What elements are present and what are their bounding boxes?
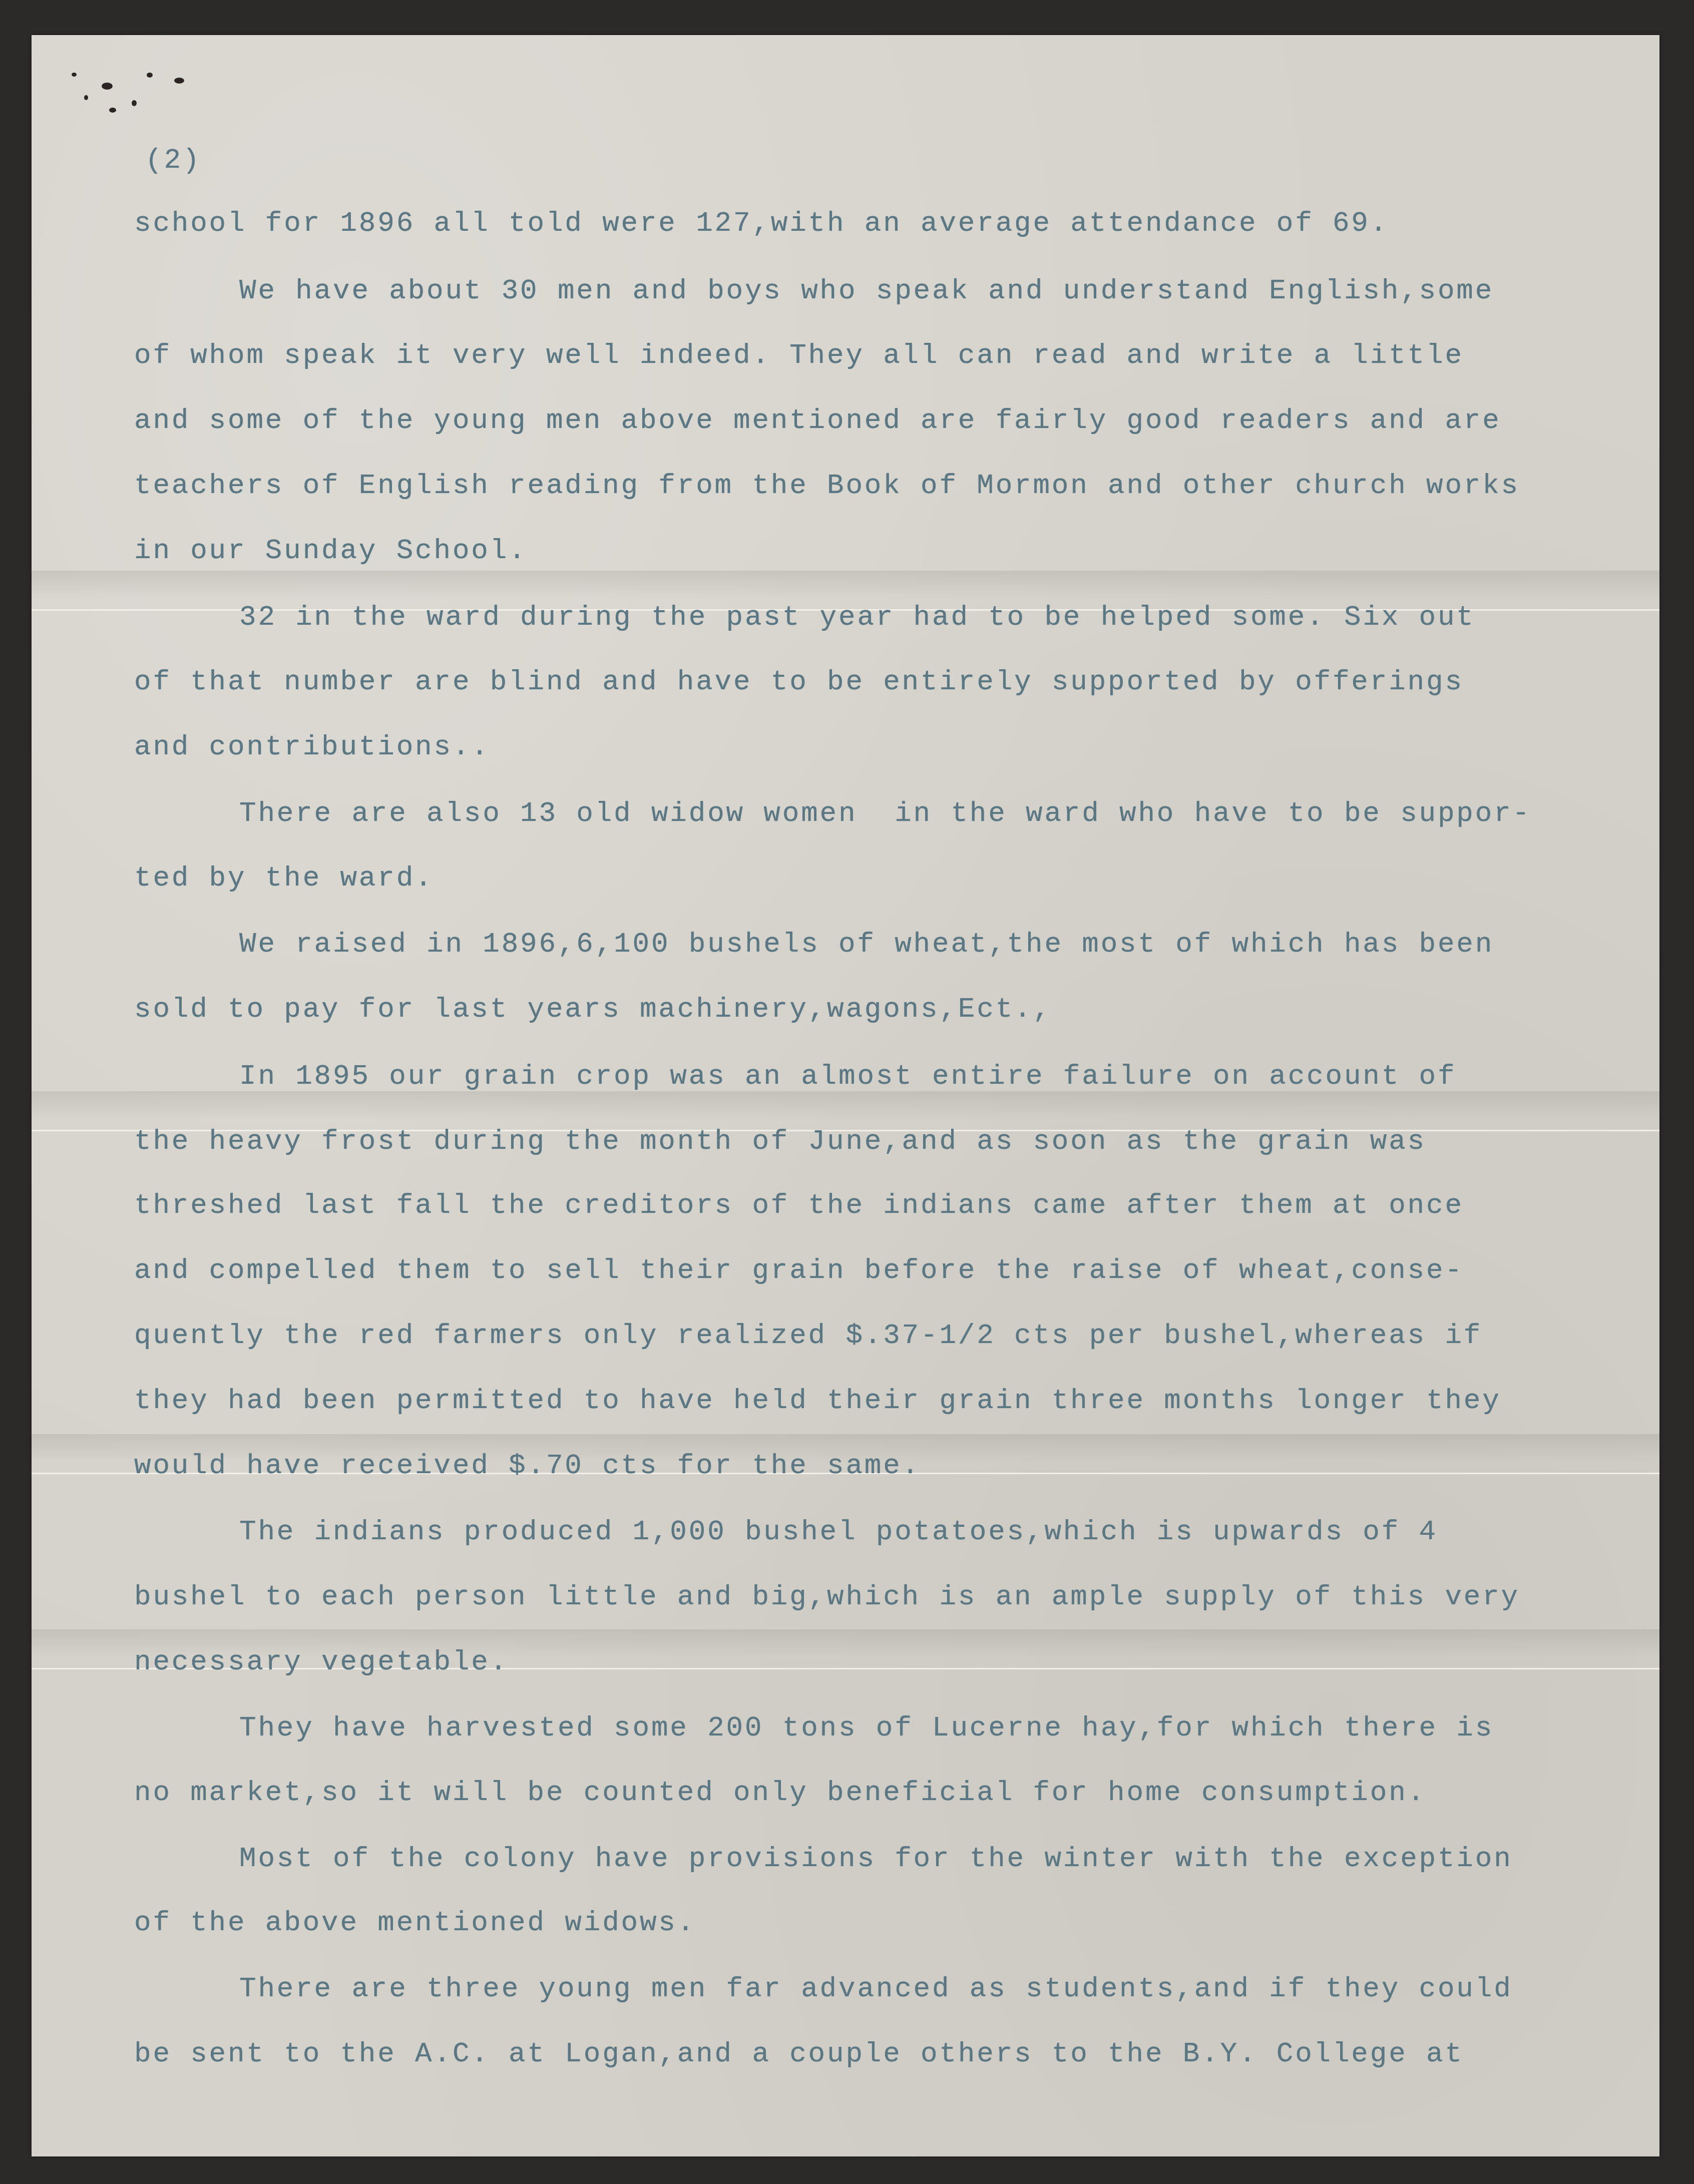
text-line: We raised in 1896,6,100 bushels of wheat…	[239, 930, 1494, 958]
text-line: quently the red farmers only realized $.…	[134, 1322, 1482, 1350]
text-line: We have about 30 men and boys who speak …	[239, 277, 1494, 305]
text-line: 32 in the ward during the past year had …	[239, 603, 1475, 631]
text-line: They have harvested some 200 tons of Luc…	[239, 1714, 1494, 1742]
text-line: threshed last fall the creditors of the …	[134, 1191, 1464, 1219]
text-line: teachers of English reading from the Boo…	[134, 472, 1520, 500]
punch-hole	[147, 73, 153, 78]
text-line: bushel to each person little and big,whi…	[134, 1583, 1520, 1611]
punch-hole	[102, 83, 113, 90]
punch-hole	[132, 100, 137, 106]
text-line: necessary vegetable.	[134, 1648, 509, 1676]
text-line: the heavy frost during the month of June…	[134, 1127, 1426, 1155]
text-line: The indians produced 1,000 bushel potato…	[239, 1518, 1438, 1546]
text-line: no market,so it will be counted only ben…	[134, 1779, 1426, 1807]
text-line: There are also 13 old widow women in the…	[239, 799, 1531, 827]
text-line: In 1895 our grain crop was an almost ent…	[239, 1062, 1456, 1090]
text-line: Most of the colony have provisions for t…	[239, 1845, 1513, 1873]
text-line: and contributions..	[134, 733, 490, 761]
text-line: of whom speak it very well indeed. They …	[134, 341, 1464, 369]
punch-hole	[72, 73, 77, 77]
text-line: school for 1896 all told were 127,with a…	[134, 209, 1389, 237]
text-line: and some of the young men above mentione…	[134, 406, 1501, 434]
text-line: and compelled them to sell their grain b…	[134, 1256, 1464, 1284]
text-line: they had been permitted to have held the…	[134, 1387, 1501, 1415]
page-number: (2)	[145, 146, 201, 174]
punch-hole	[84, 95, 88, 100]
text-line: would have received $.70 cts for the sam…	[134, 1452, 921, 1480]
punch-hole	[174, 78, 184, 84]
text-line: of that number are blind and have to be …	[134, 668, 1464, 696]
text-line: of the above mentioned widows.	[134, 1909, 696, 1937]
text-line: sold to pay for last years machinery,wag…	[134, 995, 1052, 1023]
text-line: in our Sunday School.	[134, 537, 528, 565]
text-line: ted by the ward.	[134, 864, 434, 892]
punch-hole	[109, 108, 116, 113]
text-line: be sent to the A.C. at Logan,and a coupl…	[134, 2040, 1464, 2068]
text-line: There are three young men far advanced a…	[239, 1975, 1513, 2003]
